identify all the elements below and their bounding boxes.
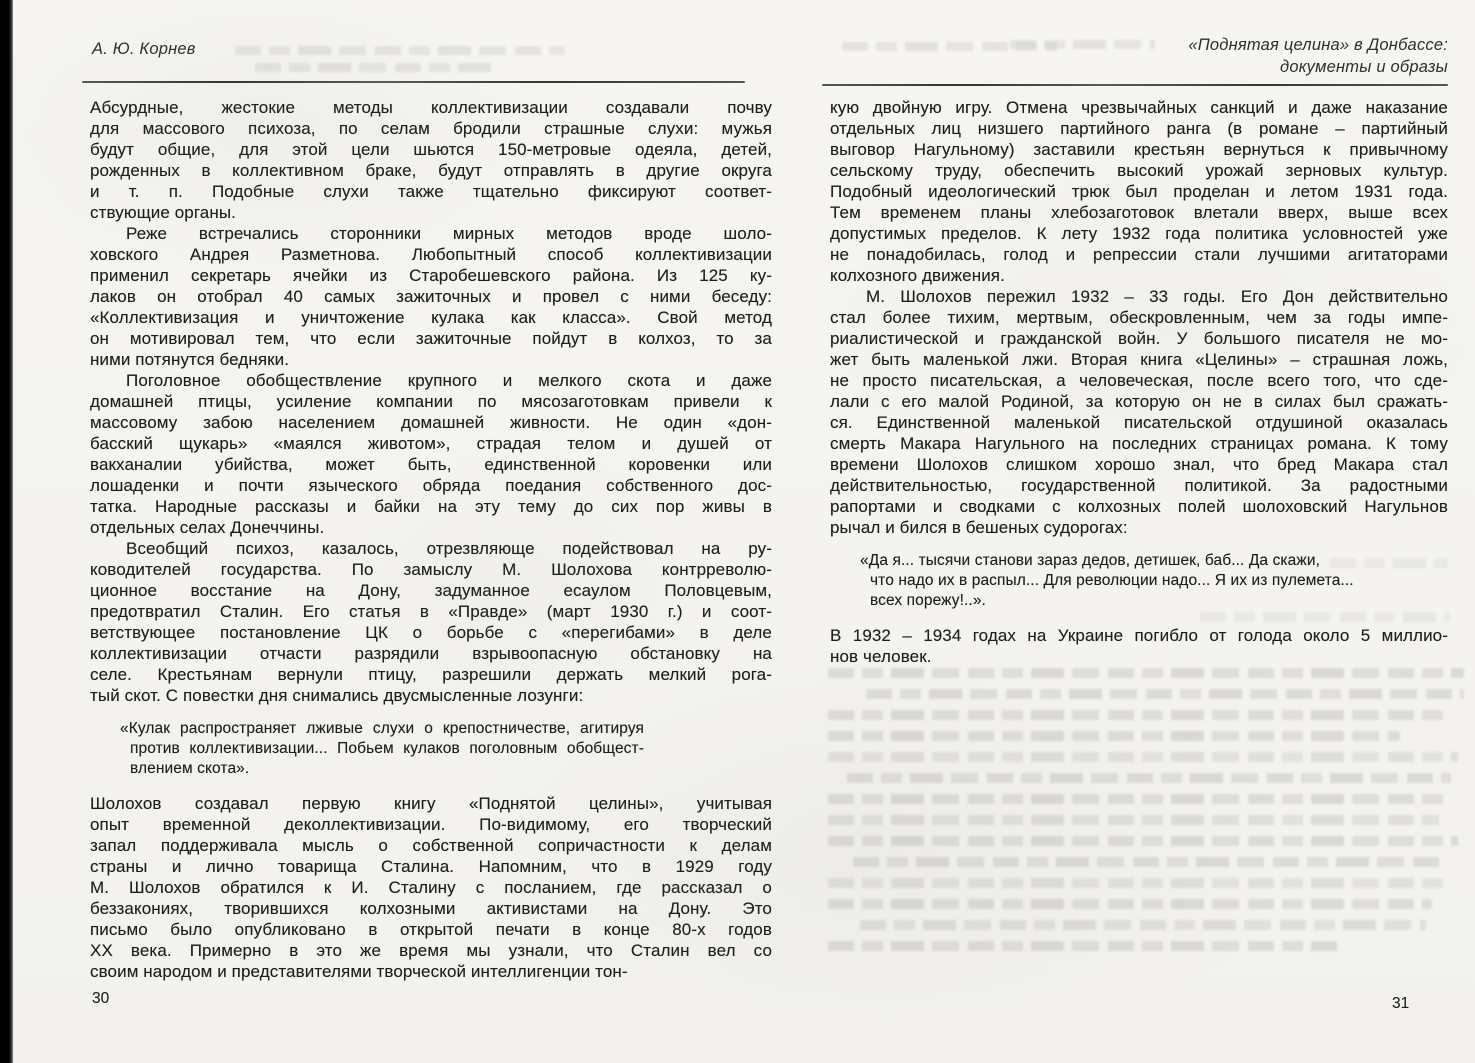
text-line: М. Шолохов пережил 1932 – 33 годы. Его Д…	[830, 286, 1448, 307]
text-line: допустимых пределов. К лету 1932 года по…	[830, 223, 1448, 244]
text-line: риалистической и гражданской войн. У бол…	[830, 328, 1448, 349]
paragraph: В 1932 – 1934 годах на Украине погибло о…	[830, 625, 1448, 667]
text-line: нов человек.	[830, 646, 1448, 667]
text-line: ними потянутся бедняки.	[90, 349, 772, 370]
bleed-through-line	[853, 857, 1444, 867]
bleed-through-line	[828, 941, 1337, 951]
text-line: домашней птицы, усиление компании по мяс…	[90, 391, 772, 412]
text-line: не просто писательская, а человеческая, …	[830, 370, 1448, 391]
text-line: ционное восстание на Дону, задуманное ес…	[90, 580, 772, 601]
right-running-header: «Поднятая целина» в Донбассе: документы …	[900, 34, 1448, 78]
block-quote: «Кулак распространяет лживые слухи о кре…	[120, 719, 644, 779]
left-running-header: А. Ю. Корнев	[92, 40, 196, 59]
text-line: предотвратил Сталин. Его статья в «Правд…	[90, 601, 772, 622]
bleed-through-line	[847, 773, 1451, 783]
text-line: выговор Нагульному) заставили крестьян в…	[830, 139, 1448, 160]
text-line: коллективизации отчасти разрядили взрыво…	[90, 643, 772, 664]
text-line: В 1932 – 1934 годах на Украине погибло о…	[830, 625, 1448, 646]
bleed-through-line	[828, 752, 1458, 762]
bleed-through-line	[866, 689, 1464, 699]
text-line: смерть Макара Нагульного на последних ст…	[830, 433, 1448, 454]
bleed-through-line	[828, 668, 1464, 678]
text-line: XX века. Примерно в это же время мы узна…	[90, 940, 772, 961]
paragraph: кую двойную игру. Отмена чрезвычайных са…	[830, 97, 1448, 286]
text-line: он мотивировал тем, что если зажиточные …	[90, 328, 772, 349]
quote-line: «Кулак распространяет лживые слухи о кре…	[120, 719, 644, 739]
text-line: действительностью, государственной полит…	[830, 475, 1448, 496]
quote-line: что надо их в распыл... Для революции на…	[860, 571, 1320, 591]
bleed-through-line	[828, 710, 1445, 720]
bleed-through-line	[828, 731, 1400, 741]
right-page-body: кую двойную игру. Отмена чрезвычайных са…	[830, 97, 1448, 667]
text-line: Шолохов создавал первую книгу «Поднятой …	[90, 793, 772, 814]
left-page-body: Абсурдные, жестокие методы коллективизац…	[90, 97, 772, 982]
text-line: времени Шолохов слишком хорошо знал, что…	[830, 454, 1448, 475]
bleed-through-text	[235, 46, 565, 80]
text-line: стал более тихим, мертвым, обескровленны…	[830, 307, 1448, 328]
text-line: колхозного движения.	[830, 265, 1448, 286]
paragraph: Поголовное обобществление крупного и мел…	[90, 370, 772, 538]
bleed-through-line	[828, 878, 1445, 888]
bleed-through-line	[828, 899, 1432, 909]
paragraph: М. Шолохов пережил 1932 – 33 годы. Его Д…	[830, 286, 1448, 538]
text-line: и т. п. Подобные слухи также тщательно ф…	[90, 181, 772, 202]
quote-line: против коллективизации... Побьем кулаков…	[120, 739, 644, 759]
text-line: сельскому труду, обеспечить высокий урож…	[830, 160, 1448, 181]
text-line: Реже встречались сторонники мирных метод…	[90, 223, 772, 244]
text-line: М. Шолохов обратился к И. Сталину с посл…	[90, 877, 772, 898]
right-running-header-line1: «Поднятая целина» в Донбассе:	[900, 34, 1448, 56]
bleed-through-text-block	[828, 668, 1464, 962]
scan-edge-strip	[0, 0, 13, 1063]
text-line: письмо было опубликовано в открытой печа…	[90, 919, 772, 940]
text-line: ководителей государства. По замыслу М. Ш…	[90, 559, 772, 580]
text-line: кую двойную игру. Отмена чрезвычайных са…	[830, 97, 1448, 118]
paragraph: Абсурдные, жестокие методы коллективизац…	[90, 97, 772, 223]
bleed-through-line	[235, 46, 565, 55]
right-header-rule	[822, 84, 1448, 86]
text-line: своим народом и представителями творческ…	[90, 961, 772, 982]
text-line: запал поддерживала мысль о собственной с…	[90, 835, 772, 856]
text-line: не понадобилась, голод и репрессии стали…	[830, 244, 1448, 265]
right-page-number: 31	[1392, 995, 1409, 1013]
right-running-header-line2: документы и образы	[900, 56, 1448, 78]
text-line: ствующие органы.	[90, 202, 772, 223]
text-line: татка. Народные рассказы и байки на эту …	[90, 496, 772, 517]
text-line: рычал и бился в бешеных судорогах:	[830, 517, 1448, 538]
text-line: вакханалии убийства, может быть, единств…	[90, 454, 772, 475]
text-line: ховского Андрея Разметнова. Любопытный с…	[90, 244, 772, 265]
text-line: ветствующее постановление ЦК о борьбе с …	[90, 622, 772, 643]
text-line: Подобный идеологический трюк был продела…	[830, 181, 1448, 202]
text-line: для массового психоза, по селам бродили …	[90, 118, 772, 139]
text-line: лошаденки и почти языческого обряда поед…	[90, 475, 772, 496]
text-line: ся. Единственной маленькой писательской …	[830, 412, 1448, 433]
text-line: будут общие, для этой цели шьются 150-ме…	[90, 139, 772, 160]
text-line: Абсурдные, жестокие методы коллективизац…	[90, 97, 772, 118]
text-line: страны и лично товарища Сталина. Напомни…	[90, 856, 772, 877]
text-line: басский щукарь» «маялся животом», страда…	[90, 433, 772, 454]
bleed-through-line	[255, 63, 493, 72]
bleed-through-line	[828, 815, 1439, 825]
left-header-rule	[82, 81, 745, 83]
bleed-through-line	[828, 836, 1458, 846]
paragraph: Реже встречались сторонники мирных метод…	[90, 223, 772, 370]
paragraph: Шолохов создавал первую книгу «Поднятой …	[90, 793, 772, 982]
text-line: рапортами и сводками с колхозных полей ш…	[830, 496, 1448, 517]
text-line: рожденных в коллективном браке, будут от…	[90, 160, 772, 181]
text-line: отдельных селах Донеччины.	[90, 517, 772, 538]
text-line: «Коллективизация и уничтожение кулака ка…	[90, 307, 772, 328]
text-line: Тем временем планы хлебозаготовок влетал…	[830, 202, 1448, 223]
text-line: беззакониях, творившихся колхозными акти…	[90, 898, 772, 919]
text-line: применил секретарь ячейки из Старобешевс…	[90, 265, 772, 286]
text-line: лали с его малой Родиной, за которую он …	[830, 391, 1448, 412]
text-line: лаков он отобрал 40 самых зажиточных и п…	[90, 286, 772, 307]
text-line: тый скот. С повестки дня снимались двусм…	[90, 685, 772, 706]
bleed-through-line	[828, 794, 1451, 804]
quote-line: влением скота».	[120, 759, 644, 779]
quote-line: всех порежу!..».	[860, 591, 1320, 611]
text-line: селе. Крестьянам вернули птицу, разрешил…	[90, 664, 772, 685]
block-quote: «Да я... тысячи станови зараз дедов, дет…	[860, 551, 1320, 611]
text-line: Всеобщий психоз, казалось, отрезвляюще п…	[90, 538, 772, 559]
text-line: отдельных лиц низшего партийного ранга (…	[830, 118, 1448, 139]
text-line: жет быть маленькой лжи. Вторая книга «Це…	[830, 349, 1448, 370]
text-line: опыт временной деколлективизации. По-вид…	[90, 814, 772, 835]
left-page-number: 30	[92, 990, 109, 1008]
quote-line: «Да я... тысячи станови зараз дедов, дет…	[860, 551, 1320, 571]
bleed-through-line	[860, 920, 1426, 930]
text-line: массовому забою населением домашней живн…	[90, 412, 772, 433]
text-line: Поголовное обобществление крупного и мел…	[90, 370, 772, 391]
paragraph: Всеобщий психоз, казалось, отрезвляюще п…	[90, 538, 772, 706]
